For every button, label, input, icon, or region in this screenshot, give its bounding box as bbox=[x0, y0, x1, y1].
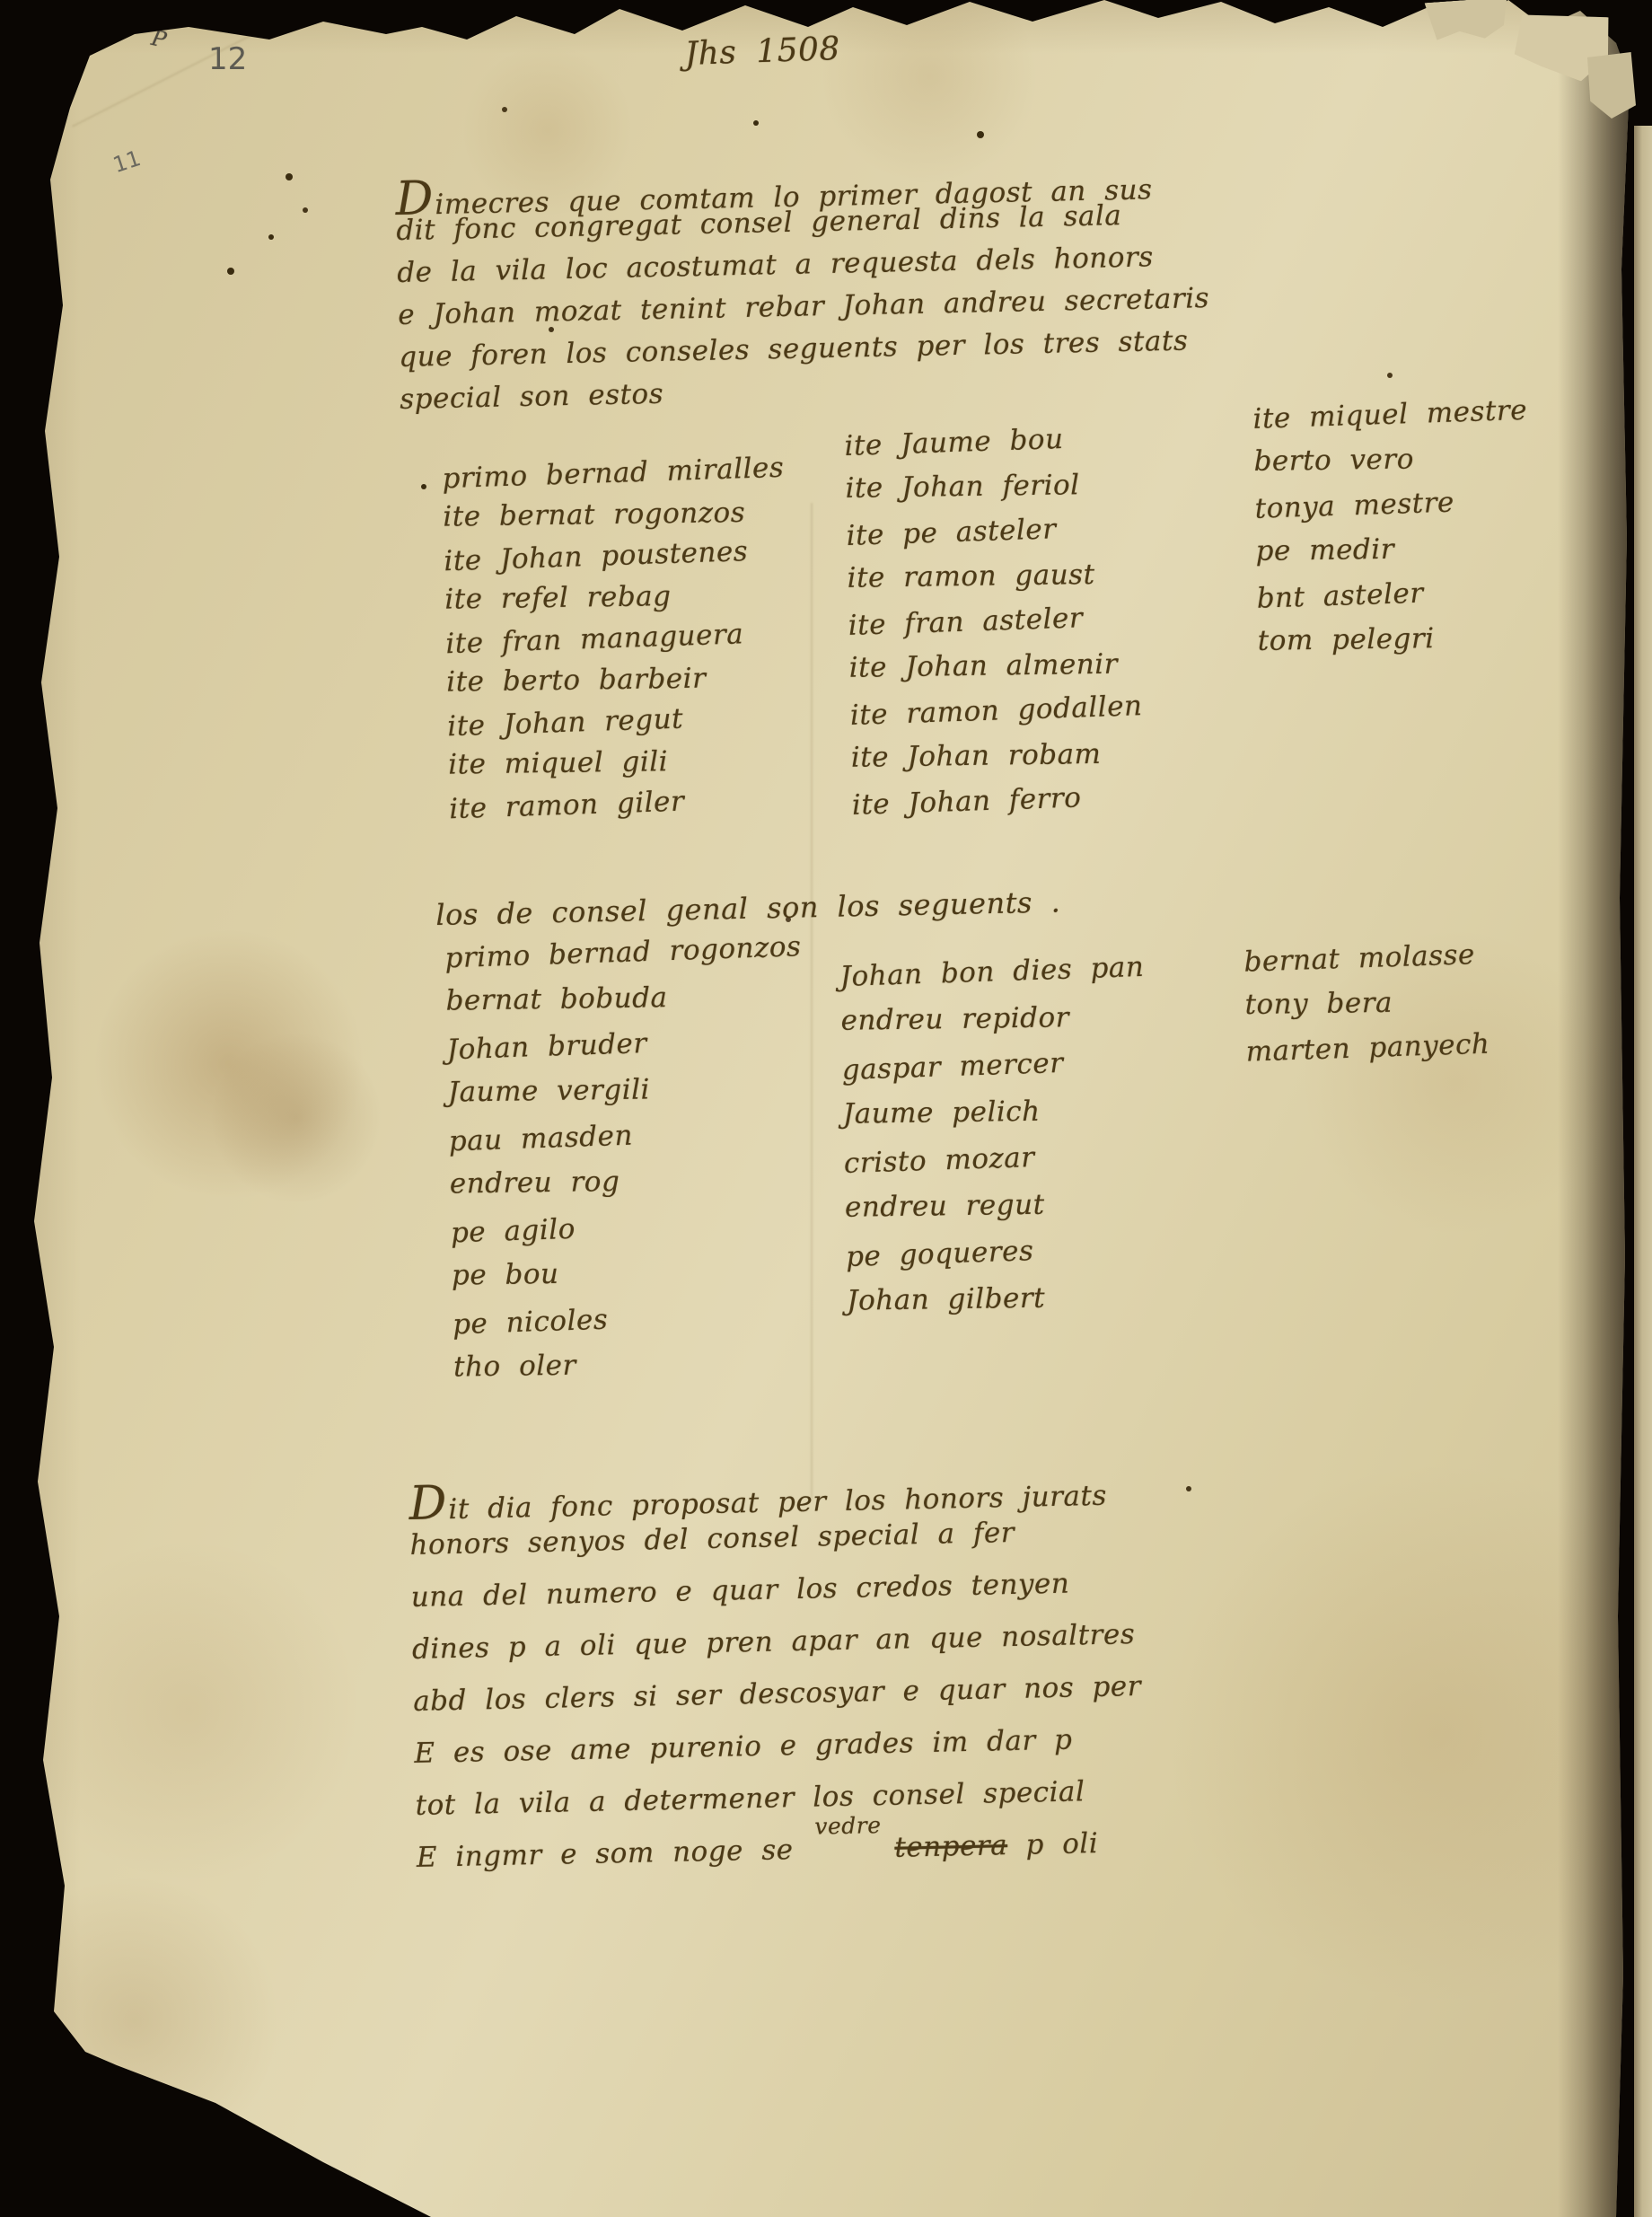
council-name: Johan bon dies pan bbox=[839, 944, 1145, 1000]
council-name: ite fran asteler bbox=[848, 594, 1141, 648]
council-name: pe nicoles bbox=[452, 1290, 809, 1348]
council-name: bnt asteler bbox=[1256, 567, 1532, 621]
bottom-pencil-number: 40 bbox=[131, 2108, 156, 2131]
council-name: cristo mozar bbox=[843, 1130, 1148, 1187]
council-name: pe goqueres bbox=[845, 1224, 1150, 1280]
council-name: ite Johan feriol bbox=[845, 462, 1138, 511]
council-name: tho oler bbox=[453, 1340, 811, 1391]
council-name: pe bou bbox=[452, 1248, 809, 1299]
council-name: ite miquel mestre bbox=[1252, 388, 1528, 442]
interlinear-insertion: vedre bbox=[814, 1812, 882, 1840]
council-name: Jaume vergili bbox=[447, 1065, 804, 1116]
council-name: pe agilo bbox=[450, 1199, 807, 1256]
struck-word: tenpera bbox=[894, 1829, 1007, 1864]
council-name: marten panyech bbox=[1245, 1022, 1490, 1075]
general-council-column-3: bernat molasse tony bera marten panyech bbox=[1243, 933, 1490, 1073]
special-council-column-1: primo bernad miralles ite bernat rogonzo… bbox=[442, 449, 791, 828]
special-council-column-3: ite miquel mestre berto vero tonya mestr… bbox=[1252, 390, 1533, 664]
year-heading: Jhs 1508 bbox=[684, 31, 840, 73]
council-name: endreu rog bbox=[449, 1157, 806, 1208]
council-name: ite Johan ferro bbox=[851, 773, 1145, 828]
council-name: gaspar mercer bbox=[841, 1037, 1147, 1094]
council-name: Johan gilbert bbox=[847, 1273, 1152, 1324]
council-name: tonya mestre bbox=[1254, 478, 1530, 532]
council-name: ite Johan robam bbox=[850, 731, 1143, 780]
opening-paragraph: Dimecres que comtam lo primer dagost an … bbox=[395, 155, 1212, 426]
general-council-column-1: primo bernad rogonzos bernat bobuda Joha… bbox=[444, 927, 811, 1392]
council-name: bernat molasse bbox=[1243, 932, 1489, 985]
council-name: ite ramon giler bbox=[448, 778, 791, 831]
council-name: pau masden bbox=[448, 1107, 805, 1165]
council-name: ite pe asteler bbox=[846, 504, 1139, 559]
council-name: Johan bruder bbox=[446, 1016, 804, 1073]
corner-mark: P bbox=[149, 25, 169, 53]
line-text: E ingmr e som noge se bbox=[417, 1834, 794, 1874]
closing-paragraph: Dit dia fonc proposat per los honors jur… bbox=[409, 1462, 1145, 1894]
council-name: ite ramon godallen bbox=[849, 683, 1143, 738]
council-name: tony bera bbox=[1244, 979, 1489, 1027]
special-council-column-2: ite Jaume bou ite Johan feriol ite pe as… bbox=[844, 416, 1145, 826]
folio-number: 12 bbox=[208, 41, 247, 77]
council-name: berto vero bbox=[1253, 435, 1528, 484]
line-text: p oli bbox=[1025, 1827, 1098, 1861]
ink-specks bbox=[0, 0, 4, 4]
council-name: bernat bobuda bbox=[445, 973, 803, 1025]
general-council-heading: los de consel genal son los seguents . bbox=[435, 884, 1061, 932]
council-name: primo bernad rogonzos bbox=[444, 924, 802, 981]
council-name: ite Johan almenir bbox=[848, 641, 1141, 691]
vertical-crease bbox=[811, 503, 813, 1500]
next-page-edge bbox=[1634, 126, 1652, 2217]
council-name: ite ramon gaust bbox=[847, 551, 1139, 601]
council-name: endreu repidor bbox=[840, 993, 1146, 1044]
general-council-column-2: Johan bon dies pan endreu repidor gaspar… bbox=[839, 946, 1151, 1325]
council-name: ite Jaume bou bbox=[844, 414, 1138, 469]
manuscript-photo: Jhs 1508 P 12 11 40 Dimecres que comtam … bbox=[0, 0, 1652, 2217]
book-gutter-shadow bbox=[1558, 0, 1630, 2217]
old-folio-number: 11 bbox=[110, 145, 144, 178]
council-name: pe medir bbox=[1255, 525, 1530, 574]
council-name: endreu regut bbox=[845, 1180, 1150, 1231]
parchment-page: Jhs 1508 P 12 11 40 Dimecres que comtam … bbox=[0, 0, 1652, 2217]
council-name: Jaume pelich bbox=[842, 1087, 1147, 1138]
council-name: tom pelegri bbox=[1257, 615, 1532, 664]
